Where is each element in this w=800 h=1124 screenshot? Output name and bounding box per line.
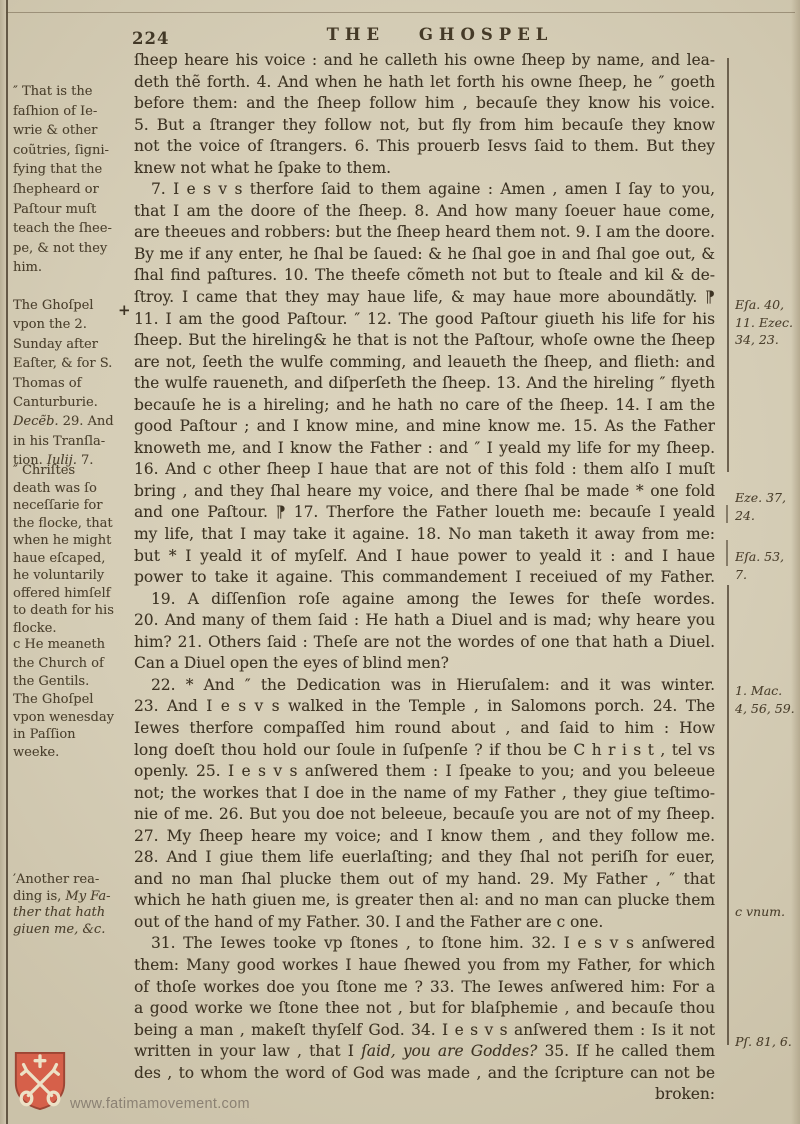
left-margin-note: c He meaneththe Church ofthe Gentils.	[13, 636, 133, 692]
text-line: out of the hand of my Father. 30. I and …	[134, 912, 715, 934]
text-line: written in your law , that I ſaid, you a…	[134, 1041, 715, 1063]
text-line: 27. My ſheep heare my voice; and I know …	[134, 826, 715, 848]
text-line: them: Many good workes I haue ſhewed you…	[134, 955, 715, 977]
watermark-url: www.fatimamovement.com	[70, 1096, 250, 1112]
text-line: Iewes therfore compaſſed him round about…	[134, 718, 715, 740]
text-line: 16. And c other ſheep I haue that are no…	[134, 459, 715, 481]
text-line: Can a Diuel open the eyes of blind men?	[134, 653, 715, 675]
text-line: 31. The Iewes tooke vp ſtones , to ſtone…	[134, 933, 715, 955]
text-line: deth thẽ forth. 4. And when he hath let …	[134, 72, 715, 94]
text-line: By me if any enter, he ſhal be ſaued: & …	[134, 244, 715, 266]
left-margin-note: The Ghoſpelvpon the 2.Sunday afterEaſter…	[13, 296, 133, 471]
column-rule-dash	[726, 540, 728, 566]
text-line: becauſe he is a hireling; and he hath no…	[134, 395, 715, 417]
page-left-border-rule	[6, 0, 8, 1124]
right-margin-note: c vnum.	[735, 903, 797, 921]
right-margin-note: 1. Mac.4, 56, 59.	[735, 682, 797, 717]
right-margin-note: Eſa. 40,11. Ezec.34, 23.	[735, 296, 797, 349]
right-margin-note: Eze. 37,24.	[735, 489, 797, 524]
right-margin-note: Pſ. 81, 6.	[735, 1033, 797, 1051]
text-line: and one Paſtour. ⁋ 17. Therfore the Fath…	[134, 502, 715, 524]
text-line: 20. And many of them ſaid : He hath a Di…	[134, 610, 715, 632]
column-rule-lower	[727, 585, 729, 1045]
left-margin-note: ′Another rea-ding is, My Fa-ther that ha…	[13, 872, 133, 938]
text-line: bring , and they ſhal heare my voice, an…	[134, 481, 715, 503]
text-line: ſtroy. I came that they may haue life, &…	[134, 287, 715, 309]
text-line: him? 21. Others ſaid : Theſe are not the…	[134, 632, 715, 654]
text-line: openly. 25. I e s v s anſwered them : I …	[134, 761, 715, 783]
text-line: but * I yeald it of myſelf. And I haue p…	[134, 546, 715, 568]
right-margin-note: Eſa. 53,7.	[735, 548, 797, 583]
text-line: knoweth me, and I know the Father : and …	[134, 438, 715, 460]
text-line: before them: and the ſheep follow him , …	[134, 93, 715, 115]
text-line: a good worke we ſtone thee not , but for…	[134, 998, 715, 1020]
text-line: 28. And I giue them life euerlaſting; an…	[134, 847, 715, 869]
main-text-column: ſheep heare his voice : and he calleth h…	[134, 50, 715, 1106]
text-line: are not, ſeeth the wulfe comming, and le…	[134, 352, 715, 374]
text-line: ſhal find paſtures. 10. The theefe cõmet…	[134, 265, 715, 287]
text-line: good Paſtour ; and I know mine, and mine…	[134, 416, 715, 438]
text-line: not the voice of ſtrangers. 6. This prou…	[134, 136, 715, 158]
column-rule-dash	[726, 505, 728, 523]
page-top-rule	[6, 12, 795, 13]
text-line: and no man ſhal plucke them out of my ha…	[134, 869, 715, 891]
text-line: ſheep. But the hireling& he that is not …	[134, 330, 715, 352]
text-line: 23. And I e s v s walked in the Temple ,…	[134, 696, 715, 718]
text-line: knew not what he ſpake to them.	[134, 158, 715, 180]
text-line: nie of me. 26. But you doe not beleeue, …	[134, 804, 715, 826]
text-line: are theeues and robbers: but the ſheep h…	[134, 222, 715, 244]
text-line: not; the workes that I doe in the name o…	[134, 783, 715, 805]
text-line: long doeſt thou hold our ſoule in ſuſpen…	[134, 740, 715, 762]
crossed-keys-shield-icon	[11, 1050, 69, 1116]
left-margin-note: ″ That is thefaſhion of Ie-wrie & otherc…	[13, 82, 133, 278]
scanned-bible-page: { "page": { "number": "224", "header_tit…	[0, 0, 800, 1124]
text-line: 22. * And ″ the Dedication was in Hieruſ…	[134, 675, 715, 697]
running-title: THE GHOSPEL	[150, 25, 730, 44]
text-line: 19. A diſſenſion roſe againe among the I…	[134, 589, 715, 611]
text-line: of thoſe workes doe you ſtone me ? 33. T…	[134, 977, 715, 999]
text-line: des , to whom the word of God was made ,…	[134, 1063, 715, 1085]
text-line: the wulfe raueneth, and diſperſeth the ſ…	[134, 373, 715, 395]
text-line: 7. I e s v s therfore ſaid to them again…	[134, 179, 715, 201]
text-line: ſheep heare his voice : and he calleth h…	[134, 50, 715, 72]
column-rule-upper	[727, 58, 729, 472]
text-line: which he hath giuen me, is greater then …	[134, 890, 715, 912]
text-line: 11. I am the good Paſtour. ″ 12. The goo…	[134, 309, 715, 331]
text-line: that I am the doore of the ſheep. 8. And…	[134, 201, 715, 223]
left-margin-note: The Ghoſpelvpon wenesdayin Paſſionweeke.	[13, 691, 133, 761]
text-line: being a man , makeſt thyſelf God. 34. I …	[134, 1020, 715, 1042]
text-line: power to take it againe. This commandeme…	[134, 567, 715, 589]
text-line: my life, that I may take it againe. 18. …	[134, 524, 715, 546]
left-margin-note: ″ Chriſtesdeath was ſoneceſſarie forthe …	[13, 462, 133, 637]
text-line: 5. But a ſtranger they follow not, but f…	[134, 115, 715, 137]
gospel-cross-mark: +	[118, 301, 131, 319]
